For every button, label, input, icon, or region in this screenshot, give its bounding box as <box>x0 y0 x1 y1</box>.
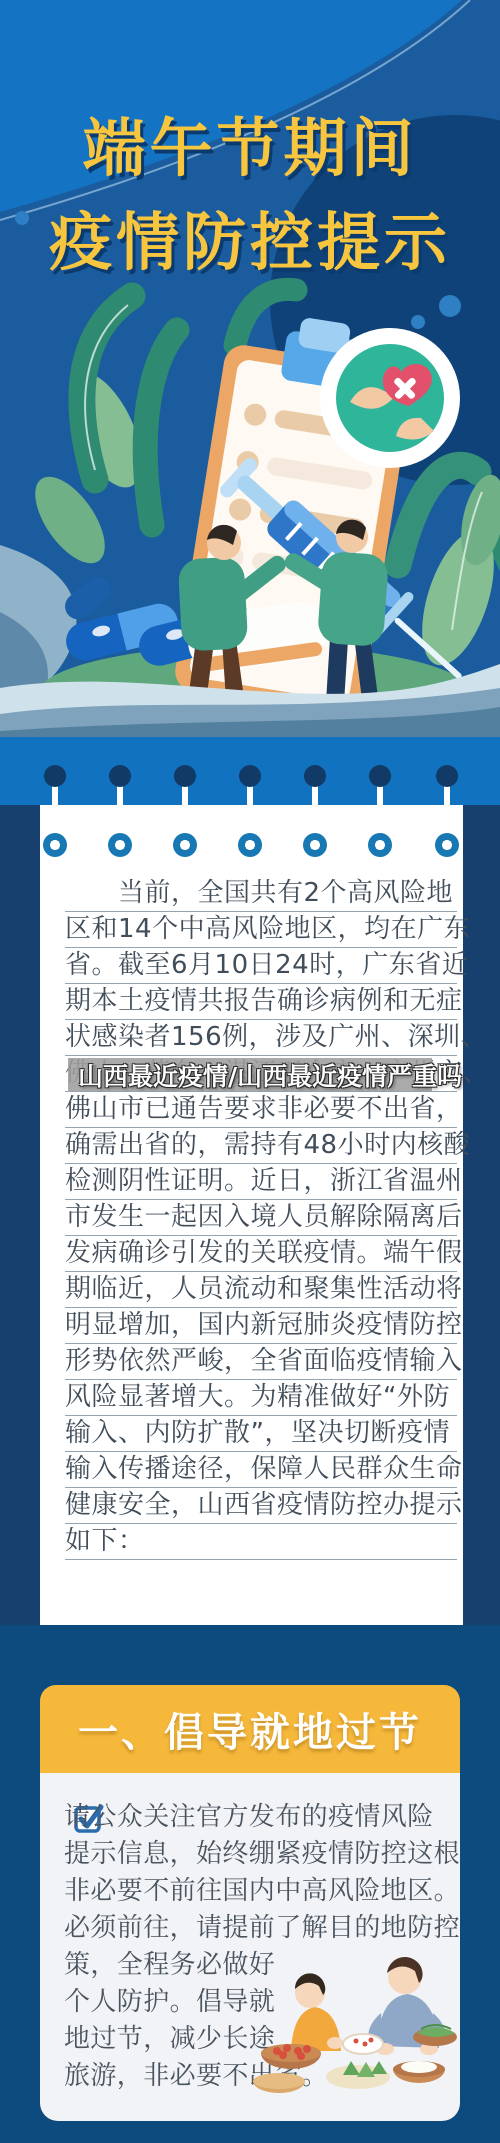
notebook-text-line: 市发生一起因入境人员解除隔离后 <box>65 1200 457 1236</box>
notebook-text-line: 状感染者156例，涉及广州、深圳、 <box>65 1020 457 1056</box>
epidemic-notice-poster: 端午节期间 疫情防控提示 当前，全国共有2个高风险地区和14个中高风险地区，均在… <box>0 0 500 2143</box>
notebook-text-line: 输入、内防扩散”，坚决切断疫情 <box>65 1416 457 1452</box>
notebook-text-line: 如下： <box>65 1524 457 1560</box>
poster-title-line1: 端午节期间 <box>0 98 500 189</box>
notebook-text-line: 当前，全国共有2个高风险地 <box>65 876 457 912</box>
notebook-text-line: 形势依然严峻，全省面临疫情输入 <box>65 1344 457 1380</box>
binder-band <box>0 737 500 805</box>
notebook-text-line: 区和14个中高风险地区，均在广东 <box>65 912 457 948</box>
notebook-text-line: 佛山市已通告要求非必要不出省， <box>65 1092 457 1128</box>
notebook-section: 当前，全国共有2个高风险地区和14个中高风险地区，均在广东省。截至6月10日24… <box>0 805 500 1625</box>
binder-pin <box>238 765 262 875</box>
notebook-text-line: 明显增加，国内新冠肺炎疫情防控 <box>65 1308 457 1344</box>
binder-pin <box>108 765 132 875</box>
binder-pin <box>303 765 327 875</box>
notebook-text-line: 风险显著增大。为精准做好“外防 <box>65 1380 457 1416</box>
binder-pin <box>43 765 67 875</box>
notebook-text-line: 发病确诊引发的关联疫情。端午假 <box>65 1236 457 1272</box>
notebook-text-line: 健康安全，山西省疫情防控办提示 <box>65 1488 457 1524</box>
binder-pin <box>368 765 392 875</box>
poster-title-line2: 疫情防控提示 <box>0 192 500 283</box>
notebook-paper: 当前，全国共有2个高风险地区和14个中高风险地区，均在广东省。截至6月10日24… <box>40 805 463 1625</box>
notebook-text-line: 期临近，人员流动和聚集性活动将 <box>65 1272 457 1308</box>
child-figure-icon <box>291 1973 343 2051</box>
zongzi-making-illustration <box>253 1941 460 2097</box>
notebook-text-line: 期本土疫情共报告确诊病例和无症 <box>65 984 457 1020</box>
watermark-overlay: 山西最近疫情/山西最近疫情严重吗 <box>68 1058 432 1091</box>
section-one-text-line: 非必要不前往国内中高风险地区。如 <box>64 1873 446 1910</box>
notebook-text-line: 输入传播途径，保障人民群众生命 <box>65 1452 457 1488</box>
binder-pin <box>435 765 459 875</box>
hero-section: 端午节期间 疫情防控提示 <box>0 0 500 737</box>
section-one-card: 请公众关注官方发布的疫情风险提示信息，始终绷紧疫情防控这根弦，非必要不前往国内中… <box>40 1773 460 2121</box>
notebook-text-line: 省。截至6月10日24时，广东省近 <box>65 948 457 984</box>
section-one-text-line: 提示信息，始终绷紧疫情防控这根弦， <box>64 1836 446 1873</box>
binder-pin <box>173 765 197 875</box>
notebook-text-line: 确需出省的，需持有48小时内核酸 <box>65 1128 457 1164</box>
section-one: 一、倡导就地过节 请公众关注官方发布的疫情风险提示信息，始终绷紧疫情防控这根弦，… <box>0 1625 500 2143</box>
section-one-heading: 一、倡导就地过节 <box>40 1685 460 1773</box>
food-bowls-icon <box>253 2025 457 2093</box>
health-badge-icon <box>320 328 460 468</box>
notebook-text-line: 检测阴性证明。近日，浙江省温州 <box>65 1164 457 1200</box>
section-one-text-line: 请公众关注官方发布的疫情风险 <box>64 1799 446 1836</box>
notebook-text: 当前，全国共有2个高风险地区和14个中高风险地区，均在广东省。截至6月10日24… <box>65 876 457 1560</box>
